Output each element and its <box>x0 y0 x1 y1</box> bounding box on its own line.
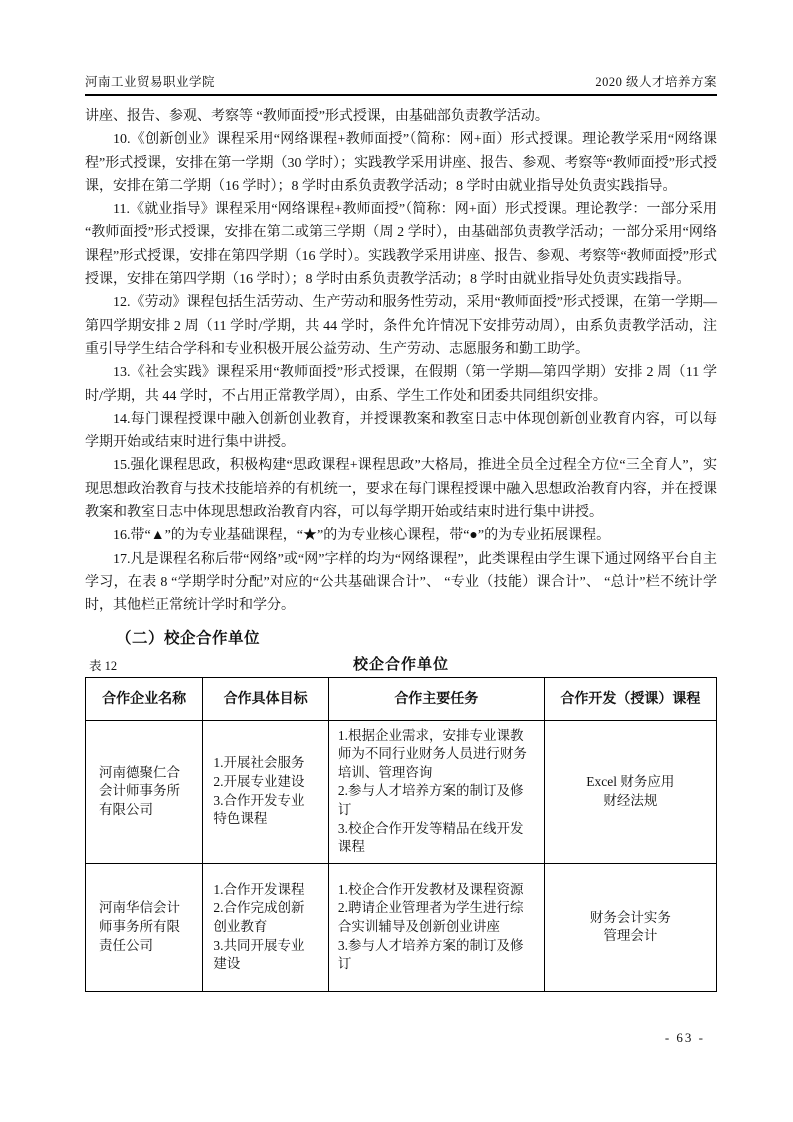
page-header: 河南工业贸易职业学院 2020 级人才培养方案 <box>85 72 717 96</box>
column-header-company: 合作企业名称 <box>86 677 203 720</box>
body-paragraph-continuation: 讲座、报告、参观、考察等 “教师面授”形式授课，由基础部负责教学活动。 <box>85 105 717 128</box>
body-paragraph-13: 13.《社会实践》课程采用“教师面授”形式授课，在假期（第一学期—第四学期）安排… <box>85 361 717 408</box>
column-header-goals: 合作具体目标 <box>203 677 329 720</box>
document-page: 河南工业贸易职业学院 2020 级人才培养方案 讲座、报告、参观、考察等 “教师… <box>0 0 793 1122</box>
table-caption: 表 12 校企合作单位 <box>85 653 717 675</box>
company-cell: 河南华信会计 师事务所有限 责任公司 <box>86 863 203 991</box>
tasks-cell: 1.校企合作开发教材及课程资源 2.聘请企业管理者为学生进行综合实训辅导及创新创… <box>328 863 544 991</box>
body-paragraph-14: 14.每门课程授课中融入创新创业教育，并授课教案和教室日志中体现创新创业教育内容… <box>85 408 717 455</box>
section-heading: （二）校企合作单位 <box>85 626 717 648</box>
table-row: 河南华信会计 师事务所有限 责任公司 1.合作开发课程 2.合作完成创新创业教育… <box>86 863 717 991</box>
courses-cell: Excel 财务应用 财经法规 <box>544 720 716 863</box>
body-paragraph-10: 10.《创新创业》课程采用“网络课程+教师面授”（简称：网+面）形式授课。理论教… <box>85 128 717 198</box>
cooperation-table: 合作企业名称 合作具体目标 合作主要任务 合作开发（授课）课程 河南德聚仁合 会… <box>85 677 717 992</box>
body-paragraph-11: 11.《就业指导》课程采用“网络课程+教师面授”（简称：网+面）形式授课。理论教… <box>85 198 717 291</box>
tasks-cell: 1.根据企业需求，安排专业课教师为不同行业财务人员进行财务培训、管理咨询 2.参… <box>328 720 544 863</box>
company-cell: 河南德聚仁合 会计师事务所 有限公司 <box>86 720 203 863</box>
goals-cell: 1.开展社会服务 2.开展专业建设 3.合作开发专业特色课程 <box>203 720 329 863</box>
table-header-row: 合作企业名称 合作具体目标 合作主要任务 合作开发（授课）课程 <box>86 677 717 720</box>
body-paragraph-12: 12.《劳动》课程包括生活劳动、生产劳动和服务性劳动，采用“教师面授”形式授课，… <box>85 291 717 361</box>
table-title: 校企合作单位 <box>85 653 717 674</box>
body-text: 讲座、报告、参观、考察等 “教师面授”形式授课，由基础部负责教学活动。 10.《… <box>85 105 717 618</box>
body-paragraph-15: 15.强化课程思政，积极构建“思政课程+课程思政”大格局，推进全员全过程全方位“… <box>85 454 717 524</box>
goals-cell: 1.合作开发课程 2.合作完成创新创业教育 3.共同开展专业建设 <box>203 863 329 991</box>
column-header-courses: 合作开发（授课）课程 <box>544 677 716 720</box>
table-label: 表 12 <box>89 656 117 674</box>
header-plan-name: 2020 级人才培养方案 <box>595 72 717 90</box>
table-row: 河南德聚仁合 会计师事务所 有限公司 1.开展社会服务 2.开展专业建设 3.合… <box>86 720 717 863</box>
body-paragraph-17: 17.凡是课程名称后带“网络”或“网”字样的均为“网络课程”，此类课程由学生课下… <box>85 548 717 618</box>
courses-cell: 财务会计实务 管理会计 <box>544 863 716 991</box>
page-number: - 63 - <box>665 1030 705 1046</box>
header-school-name: 河南工业贸易职业学院 <box>85 72 215 90</box>
body-paragraph-16: 16.带“▲”的为专业基础课程，“★”的为专业核心课程，带“●”的为专业拓展课程… <box>85 524 717 547</box>
column-header-tasks: 合作主要任务 <box>328 677 544 720</box>
